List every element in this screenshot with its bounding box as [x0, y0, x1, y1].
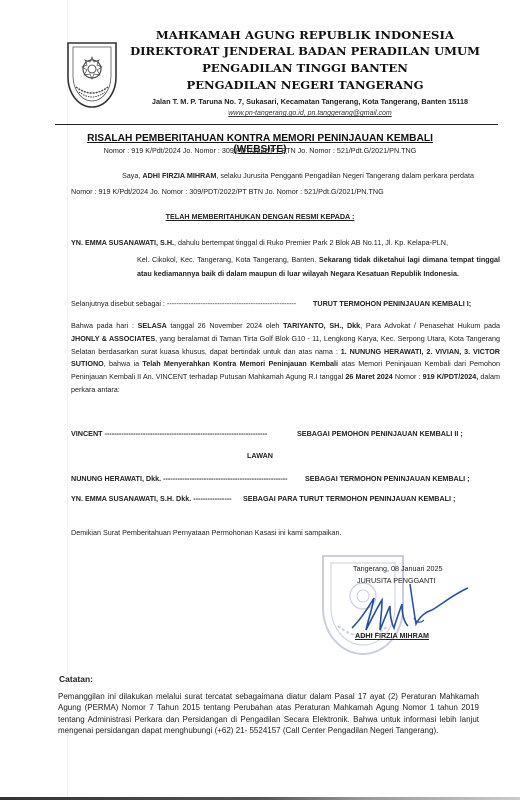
body-text: tanggal 26 November 2024 oleh	[167, 321, 283, 330]
body-decision-number: 919 K/PDT/2024,	[423, 372, 479, 381]
notified-heading: TELAH MEMBERITAHUKAN DENGAN RESMI KEPADA…	[100, 212, 420, 221]
letterhead-line-1: MAHKAMAH AGUNG REPUBLIK INDONESIA	[120, 28, 490, 42]
party-role: SEBAGAI PARA TURUT TERMOHON PENINJAUAN K…	[243, 494, 455, 503]
referred-as-label: Selanjutnya disebut sebagai : ----------…	[71, 299, 296, 308]
body-lawyer: TARIYANTO, SH., Dkk	[283, 321, 360, 330]
case-numbers: Nomor : 919 K/Pdt/2024 Jo. Nomor : 309/P…	[60, 146, 460, 155]
note-text: Pemanggilan ini dilakukan melalui surat …	[58, 691, 479, 736]
recipient-address-1: , dahulu bertempat tinggal di Ruko Premi…	[174, 238, 448, 247]
letterhead-line-2: DIREKTORAT JENDERAL BADAN PERADILAN UMUM	[120, 44, 490, 58]
letterhead-web-link[interactable]: www.pn-tangerang.go.id, pn.tanggerang@gm…	[120, 110, 500, 117]
recipient-line: YN. EMMA SUSANAWATI, S.H., dahulu bertem…	[71, 238, 448, 247]
referred-as-role: TURUT TERMOHON PENINJAUAN KEMBALI I;	[313, 299, 471, 308]
note-heading: Catatan:	[59, 674, 93, 684]
intro-line: Saya, ADHI FIRZIA MIHRAM, selaku Jurusit…	[122, 171, 474, 180]
body-text: , bahwa ia	[104, 359, 143, 368]
document-page: MAHKAMAH AGUNG REPUBLIK INDONESIA DIREKT…	[0, 0, 520, 800]
letterhead-line-4: PENGADILAN NEGERI TANGERANG	[120, 78, 490, 92]
intro-suffix: , selaku Jurusita Pengganti Pengadilan N…	[216, 171, 474, 180]
body-firm: JHONLY & ASSOCIATES	[71, 334, 155, 343]
signature-place-date: Tangerang, 08 Januari 2025	[353, 564, 443, 573]
body-text: Bahwa pada hari :	[71, 321, 138, 330]
letterhead-divider	[55, 124, 498, 125]
party-name: VINCENT --------------------------------…	[71, 429, 267, 438]
versus-label: LAWAN	[100, 451, 420, 460]
body-action: Telah Menyerahkan Kontra Memori Peninjau…	[142, 359, 338, 368]
signature-name: ADHI FIRZIA MIHRAM	[355, 631, 429, 640]
party-name: NUNUNG HERAWATI, Dkk. ------------------…	[71, 474, 288, 483]
party-name: YN. EMMA SUSANAWATI, S.H. Dkk. ---------…	[71, 494, 232, 503]
party-role: SEBAGAI TERMOHON PENINJAUAN KEMBALI ;	[305, 474, 470, 483]
body-text: Nomor :	[393, 372, 423, 381]
recipient-details: Kel. Cikokol, Kec. Tangerang, Kota Tange…	[137, 253, 500, 280]
bailiff-name: ADHI FIRZIA MIHRAM	[142, 171, 216, 180]
body-day: SELASA	[138, 321, 167, 330]
body-decision-date: 26 Maret 2024	[345, 372, 392, 381]
letterhead-address: Jalan T. M. P. Taruna No. 7, Sukasari, K…	[120, 97, 500, 106]
letterhead-line-3: PENGADILAN TINGGI BANTEN	[120, 61, 490, 75]
closing-statement: Demikian Surat Pemberitahuan Pernyataan …	[71, 528, 341, 537]
recipient-name: YN. EMMA SUSANAWATI, S.H.	[71, 238, 174, 247]
recipient-address-2: Kel. Cikokol, Kec. Tangerang, Kota Tange…	[137, 255, 319, 264]
body-text: , Para Advokat / Penasehat Hukum pada	[360, 321, 500, 330]
court-seal-icon	[64, 37, 120, 111]
body-paragraph: Bahwa pada hari : SELASA tanggal 26 Nove…	[71, 320, 500, 397]
party-role: SEBAGAI PEMOHON PENINJAUAN KEMBALI II ;	[297, 429, 463, 438]
intro-prefix: Saya,	[122, 171, 142, 180]
intro-case-numbers: Nomor : 919 K/Pdt/2024 Jo. Nomor : 309/P…	[71, 187, 384, 196]
